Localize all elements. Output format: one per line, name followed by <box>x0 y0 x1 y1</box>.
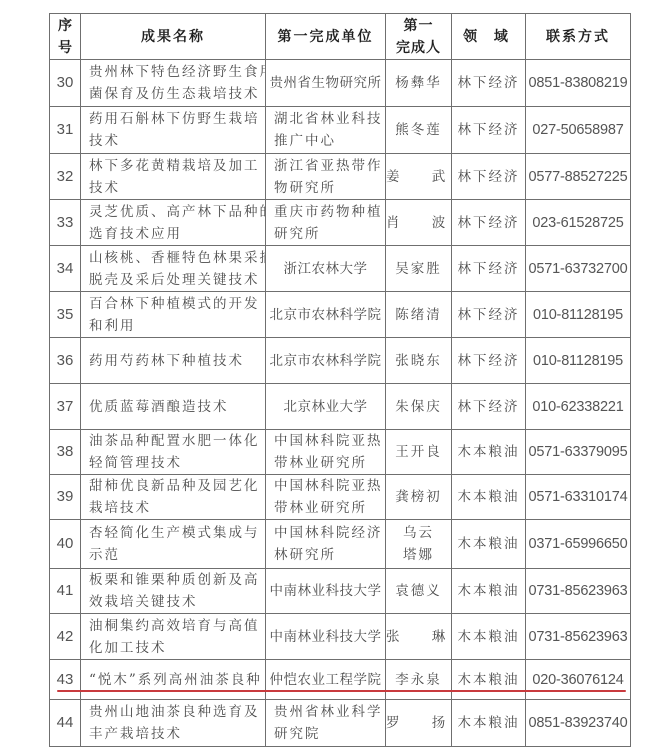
cell-field: 木本粮油 <box>452 520 526 569</box>
cell-no: 32 <box>50 154 81 200</box>
person-line1: 乌云 <box>386 522 451 544</box>
name-line1: 山核桃、香榧特色林果采摘、 <box>89 247 261 269</box>
person-line1: 李永泉 <box>386 669 451 691</box>
person-line1: 张 琳 <box>386 626 451 648</box>
red-underline-annotation <box>57 690 626 692</box>
name-line2: 化加工技术 <box>89 637 261 659</box>
person-line1: 朱保庆 <box>386 396 451 418</box>
person-line1: 王开良 <box>386 441 451 463</box>
header-person-line1: 第一 <box>386 15 451 37</box>
cell-no: 43 <box>50 660 81 700</box>
unit-line1: 中南林业科技大学 <box>266 580 385 602</box>
name-line1: 板栗和锥栗种质创新及高 <box>89 569 261 591</box>
name-line1: 药用石斛林下仿野生栽培 <box>89 108 261 130</box>
cell-phone: 020-36076124 <box>526 660 631 700</box>
name-line2: 示范 <box>89 544 261 566</box>
name-line1: 杏轻简化生产模式集成与 <box>89 522 261 544</box>
name-line1: 油茶品种配置水肥一体化 <box>89 430 261 452</box>
achievements-table: 序 号 成果名称 第一完成单位 第一 完成人 领 域 联系方式 30贵州林下特色… <box>49 13 631 747</box>
name-line2: 丰产栽培技术 <box>89 723 261 745</box>
cell-phone: 0577-88527225 <box>526 154 631 200</box>
cell-phone: 0851-83923740 <box>526 700 631 747</box>
cell-field: 林下经济 <box>452 154 526 200</box>
cell-name: 药用芍药林下种植技术 <box>81 338 266 384</box>
cell-phone: 0571-63732700 <box>526 246 631 292</box>
cell-phone: 010-62338221 <box>526 384 631 430</box>
person-line1: 熊冬莲 <box>386 119 451 141</box>
cell-person: 姜 武 <box>386 154 452 200</box>
table-header-row: 序 号 成果名称 第一完成单位 第一 完成人 领 域 联系方式 <box>50 14 631 60</box>
cell-unit: 贵州省生物研究所 <box>266 60 386 107</box>
table-row: 32林下多花黄精栽培及加工技术浙江省亚热带作物研究所姜 武林下经济0577-88… <box>50 154 631 200</box>
cell-no: 35 <box>50 292 81 338</box>
cell-no: 33 <box>50 200 81 246</box>
cell-person: 龚榜初 <box>386 475 452 520</box>
cell-field: 木本粮油 <box>452 700 526 747</box>
unit-line2: 物研究所 <box>274 177 385 199</box>
cell-name: 贵州山地油茶良种选育及丰产栽培技术 <box>81 700 266 747</box>
cell-unit: 重庆市药物种植研究所 <box>266 200 386 246</box>
cell-name: 优质蓝莓酒酿造技术 <box>81 384 266 430</box>
unit-line1: 仲恺农业工程学院 <box>266 669 385 691</box>
cell-unit: 仲恺农业工程学院 <box>266 660 386 700</box>
name-line2: 脱壳及采后处理关键技术 <box>89 269 261 291</box>
cell-no: 44 <box>50 700 81 747</box>
cell-name: 贵州林下特色经济野生食用菌保育及仿生态栽培技术 <box>81 60 266 107</box>
table-row: 42油桐集约高效培育与高值化加工技术中南林业科技大学张 琳木本粮油0731-85… <box>50 614 631 660</box>
person-line1: 龚榜初 <box>386 486 451 508</box>
cell-unit: 中国林科院经济林研究所 <box>266 520 386 569</box>
cell-name: 甜柿优良新品种及园艺化栽培技术 <box>81 475 266 520</box>
cell-name: 板栗和锥栗种质创新及高效栽培关键技术 <box>81 569 266 614</box>
cell-unit: 北京市农林科学院 <box>266 338 386 384</box>
cell-no: 36 <box>50 338 81 384</box>
cell-no: 34 <box>50 246 81 292</box>
cell-unit: 浙江省亚热带作物研究所 <box>266 154 386 200</box>
cell-unit: 中国林科院亚热带林业研究所 <box>266 430 386 475</box>
header-no: 序 号 <box>50 14 81 60</box>
header-contact: 联系方式 <box>526 14 631 60</box>
cell-no: 38 <box>50 430 81 475</box>
table-row: 44贵州山地油茶良种选育及丰产栽培技术贵州省林业科学研究院罗 扬木本粮油0851… <box>50 700 631 747</box>
cell-person: 乌云塔娜 <box>386 520 452 569</box>
person-line1: 张晓东 <box>386 350 451 372</box>
person-line1: 吴家胜 <box>386 258 451 280</box>
cell-field: 林下经济 <box>452 60 526 107</box>
cell-phone: 027-50658987 <box>526 107 631 154</box>
unit-line2: 研究院 <box>274 723 385 745</box>
name-line2: 栽培技术 <box>89 497 261 519</box>
name-line2: 选育技术应用 <box>89 223 261 245</box>
cell-name: 山核桃、香榧特色林果采摘、脱壳及采后处理关键技术 <box>81 246 266 292</box>
unit-line1: 湖北省林业科技 <box>274 108 385 130</box>
cell-field: 木本粮油 <box>452 569 526 614</box>
cell-no: 40 <box>50 520 81 569</box>
table-row: 37优质蓝莓酒酿造技术北京林业大学朱保庆林下经济010-62338221 <box>50 384 631 430</box>
table-row: 33灵芝优质、高产林下品种的选育技术应用重庆市药物种植研究所肖 波林下经济023… <box>50 200 631 246</box>
name-line1: 贵州林下特色经济野生食用 <box>89 61 261 83</box>
unit-line1: 贵州省林业科学 <box>274 701 385 723</box>
cell-phone: 0571-63379095 <box>526 430 631 475</box>
name-line1: 贵州山地油茶良种选育及 <box>89 701 261 723</box>
person-line2: 塔娜 <box>386 544 451 566</box>
cell-person: 李永泉 <box>386 660 452 700</box>
cell-unit: 浙江农林大学 <box>266 246 386 292</box>
cell-no: 39 <box>50 475 81 520</box>
header-field: 领 域 <box>452 14 526 60</box>
cell-person: 杨彝华 <box>386 60 452 107</box>
cell-person: 陈绪清 <box>386 292 452 338</box>
table-row: 38油茶品种配置水肥一体化轻简管理技术中国林科院亚热带林业研究所王开良木本粮油0… <box>50 430 631 475</box>
cell-phone: 0371-65996650 <box>526 520 631 569</box>
cell-phone: 0731-85623963 <box>526 569 631 614</box>
name-line2: 技术 <box>89 130 261 152</box>
cell-person: 袁德义 <box>386 569 452 614</box>
person-line1: 杨彝华 <box>386 72 451 94</box>
unit-line1: 中南林业科技大学 <box>266 626 385 648</box>
cell-field: 木本粮油 <box>452 430 526 475</box>
cell-no: 31 <box>50 107 81 154</box>
name-line1: 甜柿优良新品种及园艺化 <box>89 475 261 497</box>
unit-line2: 推广中心 <box>274 130 385 152</box>
cell-field: 林下经济 <box>452 292 526 338</box>
name-line2: 轻简管理技术 <box>89 452 261 474</box>
table-row: 31药用石斛林下仿野生栽培技术湖北省林业科技推广中心熊冬莲林下经济027-506… <box>50 107 631 154</box>
cell-field: 林下经济 <box>452 384 526 430</box>
name-line1: 灵芝优质、高产林下品种的 <box>89 201 261 223</box>
unit-line2: 带林业研究所 <box>274 497 385 519</box>
person-line1: 袁德义 <box>386 580 451 602</box>
table-row: 41板栗和锥栗种质创新及高效栽培关键技术中南林业科技大学袁德义木本粮油0731-… <box>50 569 631 614</box>
person-line1: 姜 武 <box>386 166 451 188</box>
cell-person: 王开良 <box>386 430 452 475</box>
header-unit: 第一完成单位 <box>266 14 386 60</box>
cell-unit: 北京市农林科学院 <box>266 292 386 338</box>
unit-line1: 浙江农林大学 <box>266 258 385 280</box>
name-line1: “悦木”系列高州油茶良种 <box>89 669 261 691</box>
cell-unit: 北京林业大学 <box>266 384 386 430</box>
cell-no: 41 <box>50 569 81 614</box>
cell-person: 熊冬莲 <box>386 107 452 154</box>
cell-name: 百合林下种植模式的开发和利用 <box>81 292 266 338</box>
cell-field: 木本粮油 <box>452 475 526 520</box>
table-row: 30贵州林下特色经济野生食用菌保育及仿生态栽培技术贵州省生物研究所杨彝华林下经济… <box>50 60 631 107</box>
person-line1: 肖 波 <box>386 212 451 234</box>
cell-unit: 中南林业科技大学 <box>266 569 386 614</box>
person-line1: 陈绪清 <box>386 304 451 326</box>
unit-line1: 浙江省亚热带作 <box>274 155 385 177</box>
cell-field: 林下经济 <box>452 246 526 292</box>
cell-phone: 023-61528725 <box>526 200 631 246</box>
cell-name: 灵芝优质、高产林下品种的选育技术应用 <box>81 200 266 246</box>
name-line1: 优质蓝莓酒酿造技术 <box>89 396 261 418</box>
unit-line1: 北京林业大学 <box>266 396 385 418</box>
cell-unit: 贵州省林业科学研究院 <box>266 700 386 747</box>
table-row: 39甜柿优良新品种及园艺化栽培技术中国林科院亚热带林业研究所龚榜初木本粮油057… <box>50 475 631 520</box>
header-no-line1: 序 <box>50 15 80 37</box>
cell-name: 油桐集约高效培育与高值化加工技术 <box>81 614 266 660</box>
cell-phone: 010-81128195 <box>526 338 631 384</box>
cell-name: 油茶品种配置水肥一体化轻简管理技术 <box>81 430 266 475</box>
name-line1: 百合林下种植模式的开发 <box>89 293 261 315</box>
cell-no: 42 <box>50 614 81 660</box>
cell-field: 林下经济 <box>452 200 526 246</box>
cell-field: 木本粮油 <box>452 660 526 700</box>
unit-line1: 重庆市药物种植 <box>274 201 385 223</box>
cell-person: 张 琳 <box>386 614 452 660</box>
cell-phone: 0851-83808219 <box>526 60 631 107</box>
unit-line1: 中国林科院亚热 <box>274 475 385 497</box>
cell-unit: 湖北省林业科技推广中心 <box>266 107 386 154</box>
cell-field: 木本粮油 <box>452 614 526 660</box>
unit-line2: 研究所 <box>274 223 385 245</box>
cell-person: 张晓东 <box>386 338 452 384</box>
cell-field: 林下经济 <box>452 338 526 384</box>
name-line2: 技术 <box>89 177 261 199</box>
unit-line2: 带林业研究所 <box>274 452 385 474</box>
cell-person: 吴家胜 <box>386 246 452 292</box>
name-line1: 油桐集约高效培育与高值 <box>89 615 261 637</box>
header-name: 成果名称 <box>81 14 266 60</box>
name-line2: 和利用 <box>89 315 261 337</box>
name-line2: 菌保育及仿生态栽培技术 <box>89 83 261 105</box>
cell-phone: 010-81128195 <box>526 292 631 338</box>
name-line2: 效栽培关键技术 <box>89 591 261 613</box>
cell-no: 37 <box>50 384 81 430</box>
name-line1: 药用芍药林下种植技术 <box>89 350 261 372</box>
cell-person: 朱保庆 <box>386 384 452 430</box>
table-row: 34山核桃、香榧特色林果采摘、脱壳及采后处理关键技术浙江农林大学吴家胜林下经济0… <box>50 246 631 292</box>
header-no-line2: 号 <box>50 37 80 59</box>
cell-name: “悦木”系列高州油茶良种 <box>81 660 266 700</box>
header-person-line2: 完成人 <box>386 37 451 59</box>
unit-line1: 北京市农林科学院 <box>266 350 385 372</box>
cell-unit: 中南林业科技大学 <box>266 614 386 660</box>
unit-line1: 中国林科院亚热 <box>274 430 385 452</box>
cell-name: 杏轻简化生产模式集成与示范 <box>81 520 266 569</box>
cell-person: 肖 波 <box>386 200 452 246</box>
table-row: 43“悦木”系列高州油茶良种仲恺农业工程学院李永泉木本粮油020-3607612… <box>50 660 631 700</box>
unit-line2: 林研究所 <box>274 544 385 566</box>
table-row: 40杏轻简化生产模式集成与示范中国林科院经济林研究所乌云塔娜木本粮油0371-6… <box>50 520 631 569</box>
cell-name: 药用石斛林下仿野生栽培技术 <box>81 107 266 154</box>
header-person: 第一 完成人 <box>386 14 452 60</box>
unit-line1: 中国林科院经济 <box>274 522 385 544</box>
document-page: 序 号 成果名称 第一完成单位 第一 完成人 领 域 联系方式 30贵州林下特色… <box>49 13 631 747</box>
cell-phone: 0731-85623963 <box>526 614 631 660</box>
name-line1: 林下多花黄精栽培及加工 <box>89 155 261 177</box>
cell-unit: 中国林科院亚热带林业研究所 <box>266 475 386 520</box>
cell-person: 罗 扬 <box>386 700 452 747</box>
unit-line1: 北京市农林科学院 <box>266 304 385 326</box>
cell-phone: 0571-63310174 <box>526 475 631 520</box>
cell-name: 林下多花黄精栽培及加工技术 <box>81 154 266 200</box>
table-row: 36药用芍药林下种植技术北京市农林科学院张晓东林下经济010-81128195 <box>50 338 631 384</box>
cell-no: 30 <box>50 60 81 107</box>
table-row: 35百合林下种植模式的开发和利用北京市农林科学院陈绪清林下经济010-81128… <box>50 292 631 338</box>
person-line1: 罗 扬 <box>386 712 451 734</box>
unit-line1: 贵州省生物研究所 <box>266 72 385 94</box>
cell-field: 林下经济 <box>452 107 526 154</box>
